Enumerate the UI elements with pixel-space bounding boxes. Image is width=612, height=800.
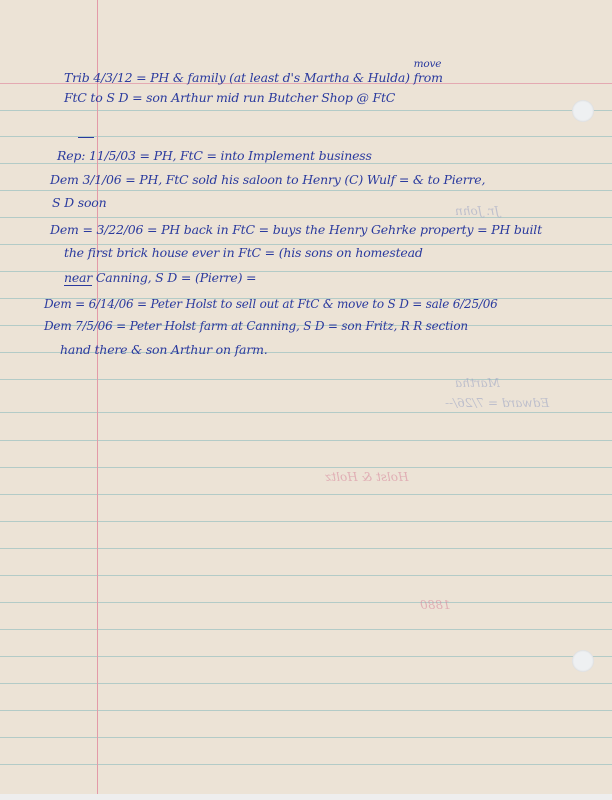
rule-line	[0, 521, 612, 522]
rule-line	[0, 440, 612, 441]
rule-line	[0, 494, 612, 495]
note-line-5: S D soon	[52, 195, 106, 210]
note-text: from	[414, 70, 443, 85]
rule-line	[0, 163, 612, 164]
note-move-from: movefrom	[414, 70, 443, 85]
rule-line	[0, 602, 612, 603]
rule-line	[0, 764, 612, 765]
rule-line	[0, 548, 612, 549]
bleed-through-text: Edward = 7/26/--	[445, 396, 549, 410]
rule-line	[0, 190, 612, 191]
rule-line	[0, 217, 612, 218]
underlined-word: near	[64, 270, 92, 286]
note-line-1: Trib 4/3/12 = PH & family (at least d's …	[64, 70, 443, 85]
note-text: Canning, S D = (Pierre) =	[92, 270, 256, 285]
bleed-through-text: Holst & Holtz	[325, 470, 409, 484]
rule-line	[0, 629, 612, 630]
note-line-11: hand there & son Arthur on farm.	[60, 342, 268, 357]
note-line-10: Dem 7/5/06 = Peter Holst farm at Canning…	[44, 319, 468, 333]
bleed-through-text: Jr. John	[455, 204, 499, 218]
rule-line	[0, 575, 612, 576]
rule-line	[0, 412, 612, 413]
separator-dash	[78, 137, 94, 138]
note-line-6: Dem = 3/22/06 = PH back in FtC = buys th…	[50, 222, 542, 237]
note-text: Trib 4/3/12 = PH & family (at least d's …	[64, 70, 414, 85]
note-line-9: Dem = 6/14/06 = Peter Holst to sell out …	[44, 297, 498, 311]
bleed-through-text: Martha	[455, 376, 500, 390]
punch-hole	[572, 100, 594, 122]
note-line-7: the first brick house ever in FtC = (his…	[64, 245, 423, 260]
superscript-note: move	[414, 58, 442, 70]
notebook-page: Jr. John Martha Edward = 7/26/-- Holst &…	[0, 0, 612, 794]
left-margin-line	[97, 0, 98, 794]
note-line-3: Rep: 11/5/03 = PH, FtC = into Implement …	[57, 148, 372, 163]
punch-hole	[572, 650, 594, 672]
rule-line	[0, 737, 612, 738]
rule-line	[0, 379, 612, 380]
rule-line	[0, 656, 612, 657]
note-line-4: Dem 3/1/06 = PH, FtC sold his saloon to …	[50, 172, 485, 187]
rule-line	[0, 683, 612, 684]
rule-line	[0, 710, 612, 711]
bleed-through-text: 1880	[420, 598, 451, 612]
rule-line	[0, 110, 612, 111]
scan-border	[0, 794, 612, 800]
note-line-2: FtC to S D = son Arthur mid run Butcher …	[64, 90, 395, 105]
note-line-8: near Canning, S D = (Pierre) =	[64, 270, 256, 285]
rule-line	[0, 467, 612, 468]
